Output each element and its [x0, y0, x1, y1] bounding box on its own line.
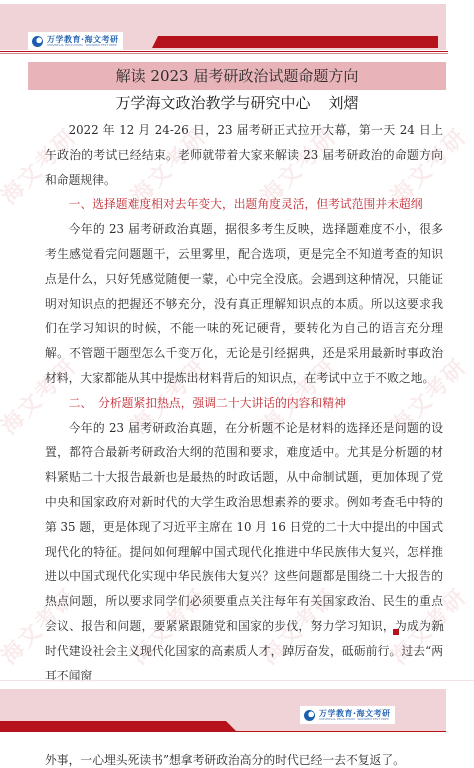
author-name: 刘熠	[329, 94, 359, 112]
paragraph-intro: 2022 年 12 月 24-26 日，23 届考研正式拉开大幕，第一天 24 …	[45, 118, 443, 192]
paragraph-section-2: 今年的 23 届考研政治真题，在分析题不论是材料的选择还是问题的设置，都符合最新…	[45, 416, 443, 689]
page-marker-square	[393, 629, 399, 635]
section-heading-1: 一、选择题难度相对去年变大，出题角度灵活，但考试范围并未超纲	[45, 192, 443, 217]
header-logo: 万学教育·海文考研 UNIVERSAL EDUCATION · WANWEN T…	[28, 32, 123, 50]
author-org: 万学海文政治教学与研究中心	[115, 94, 310, 112]
header-logo-subtext: UNIVERSAL EDUCATION · WANWEN TEST PREP	[47, 44, 119, 47]
continuation-paragraph: 外事，一心埋头死读书”想拿考研政治高分的时代已经一去不复返了。	[45, 752, 443, 768]
paragraph-section-1: 今年的 23 届考研政治真题，据很多考生反映，选择题难度不小，很多考生感觉看完问…	[45, 217, 443, 391]
author-line: 万学海文政治教学与研究中心刘熠	[0, 91, 474, 115]
page-break	[0, 680, 474, 681]
footer-logo-subtext: UNIVERSAL EDUCATION · WANWEN TEST PREP	[319, 718, 391, 721]
section-heading-2: 二、 分析题紧扣热点，强调二十大讲话的内容和精神	[45, 391, 443, 416]
header-rule	[0, 51, 448, 52]
brand-wave-icon	[304, 710, 315, 721]
header-rule-secondary	[0, 53, 448, 54]
footer-logo: 万学教育·海文考研 UNIVERSAL EDUCATION · WANWEN T…	[300, 706, 395, 724]
document-title: 解读 2023 届考研政治试题命题方向	[28, 62, 446, 90]
header-red-stripe	[152, 36, 438, 48]
footer-red-stripe	[0, 721, 236, 731]
page-number: 1	[440, 624, 445, 633]
footer-rule	[0, 731, 446, 732]
document-body: 2022 年 12 月 24-26 日，23 届考研正式拉开大幕，第一天 24 …	[45, 118, 443, 688]
brand-wave-icon	[32, 36, 43, 47]
